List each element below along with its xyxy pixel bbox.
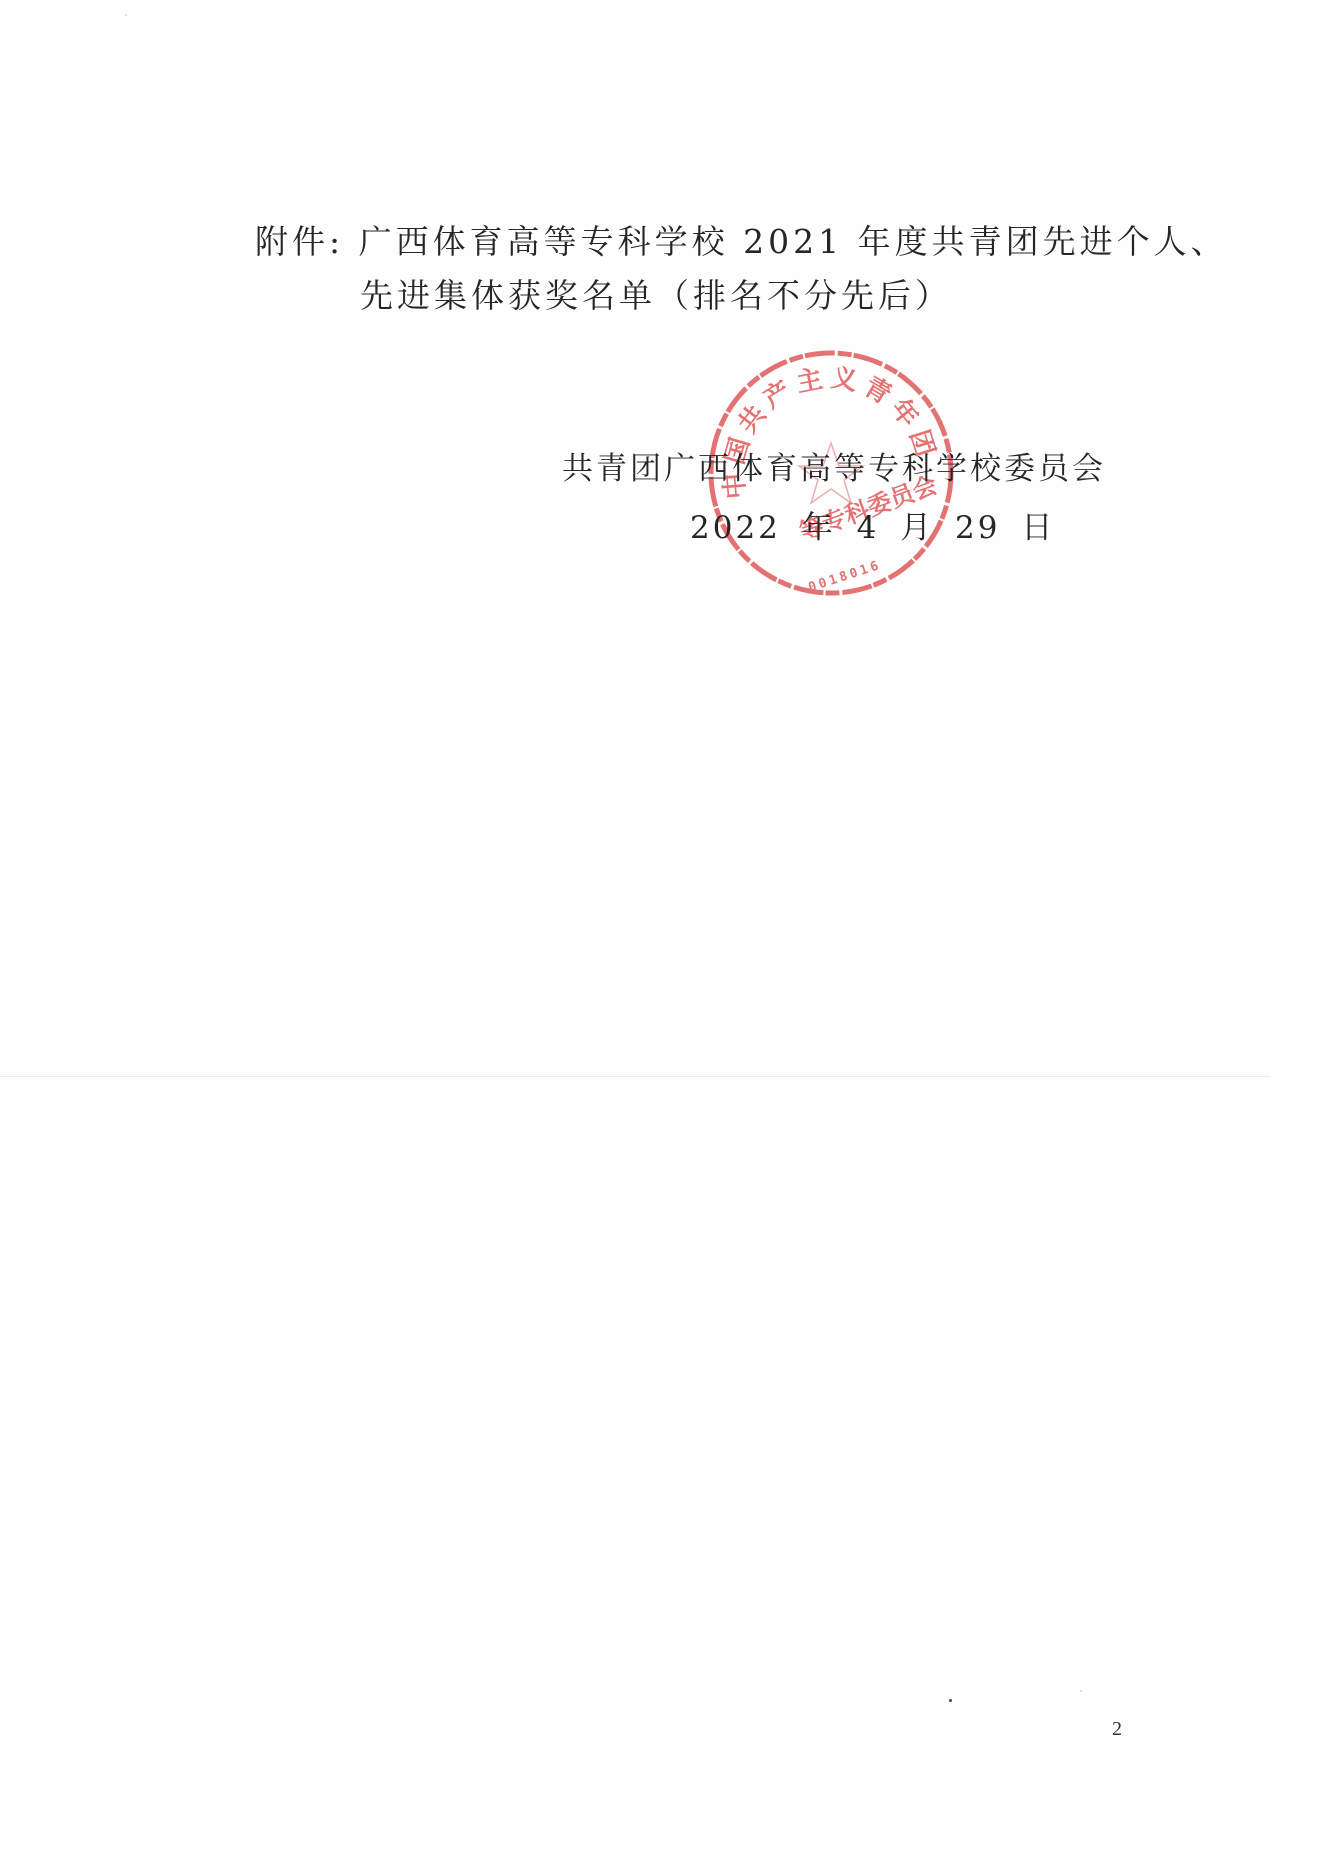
scan-speck xyxy=(1080,1690,1082,1692)
scan-artifact-dot xyxy=(949,1699,952,1702)
issue-date: 2022 年 4 月 29 日 xyxy=(690,502,1055,547)
scan-speck xyxy=(125,14,127,16)
attachment-title-line-2: 先进集体获奖名单（排名不分先后） xyxy=(360,270,952,317)
document-page: 附件: 广西体育高等专科学校 2021 年度共青团先进个人、 先进集体获奖名单（… xyxy=(0,0,1322,1869)
page-number: 2 xyxy=(1112,1718,1122,1741)
scan-artifact-line xyxy=(0,1076,1270,1077)
issuing-organization: 共青团广西体育高等专科学校委员会 xyxy=(562,443,1106,488)
attachment-title-line-1: 附件: 广西体育高等专科学校 2021 年度共青团先进个人、 xyxy=(255,216,1228,263)
